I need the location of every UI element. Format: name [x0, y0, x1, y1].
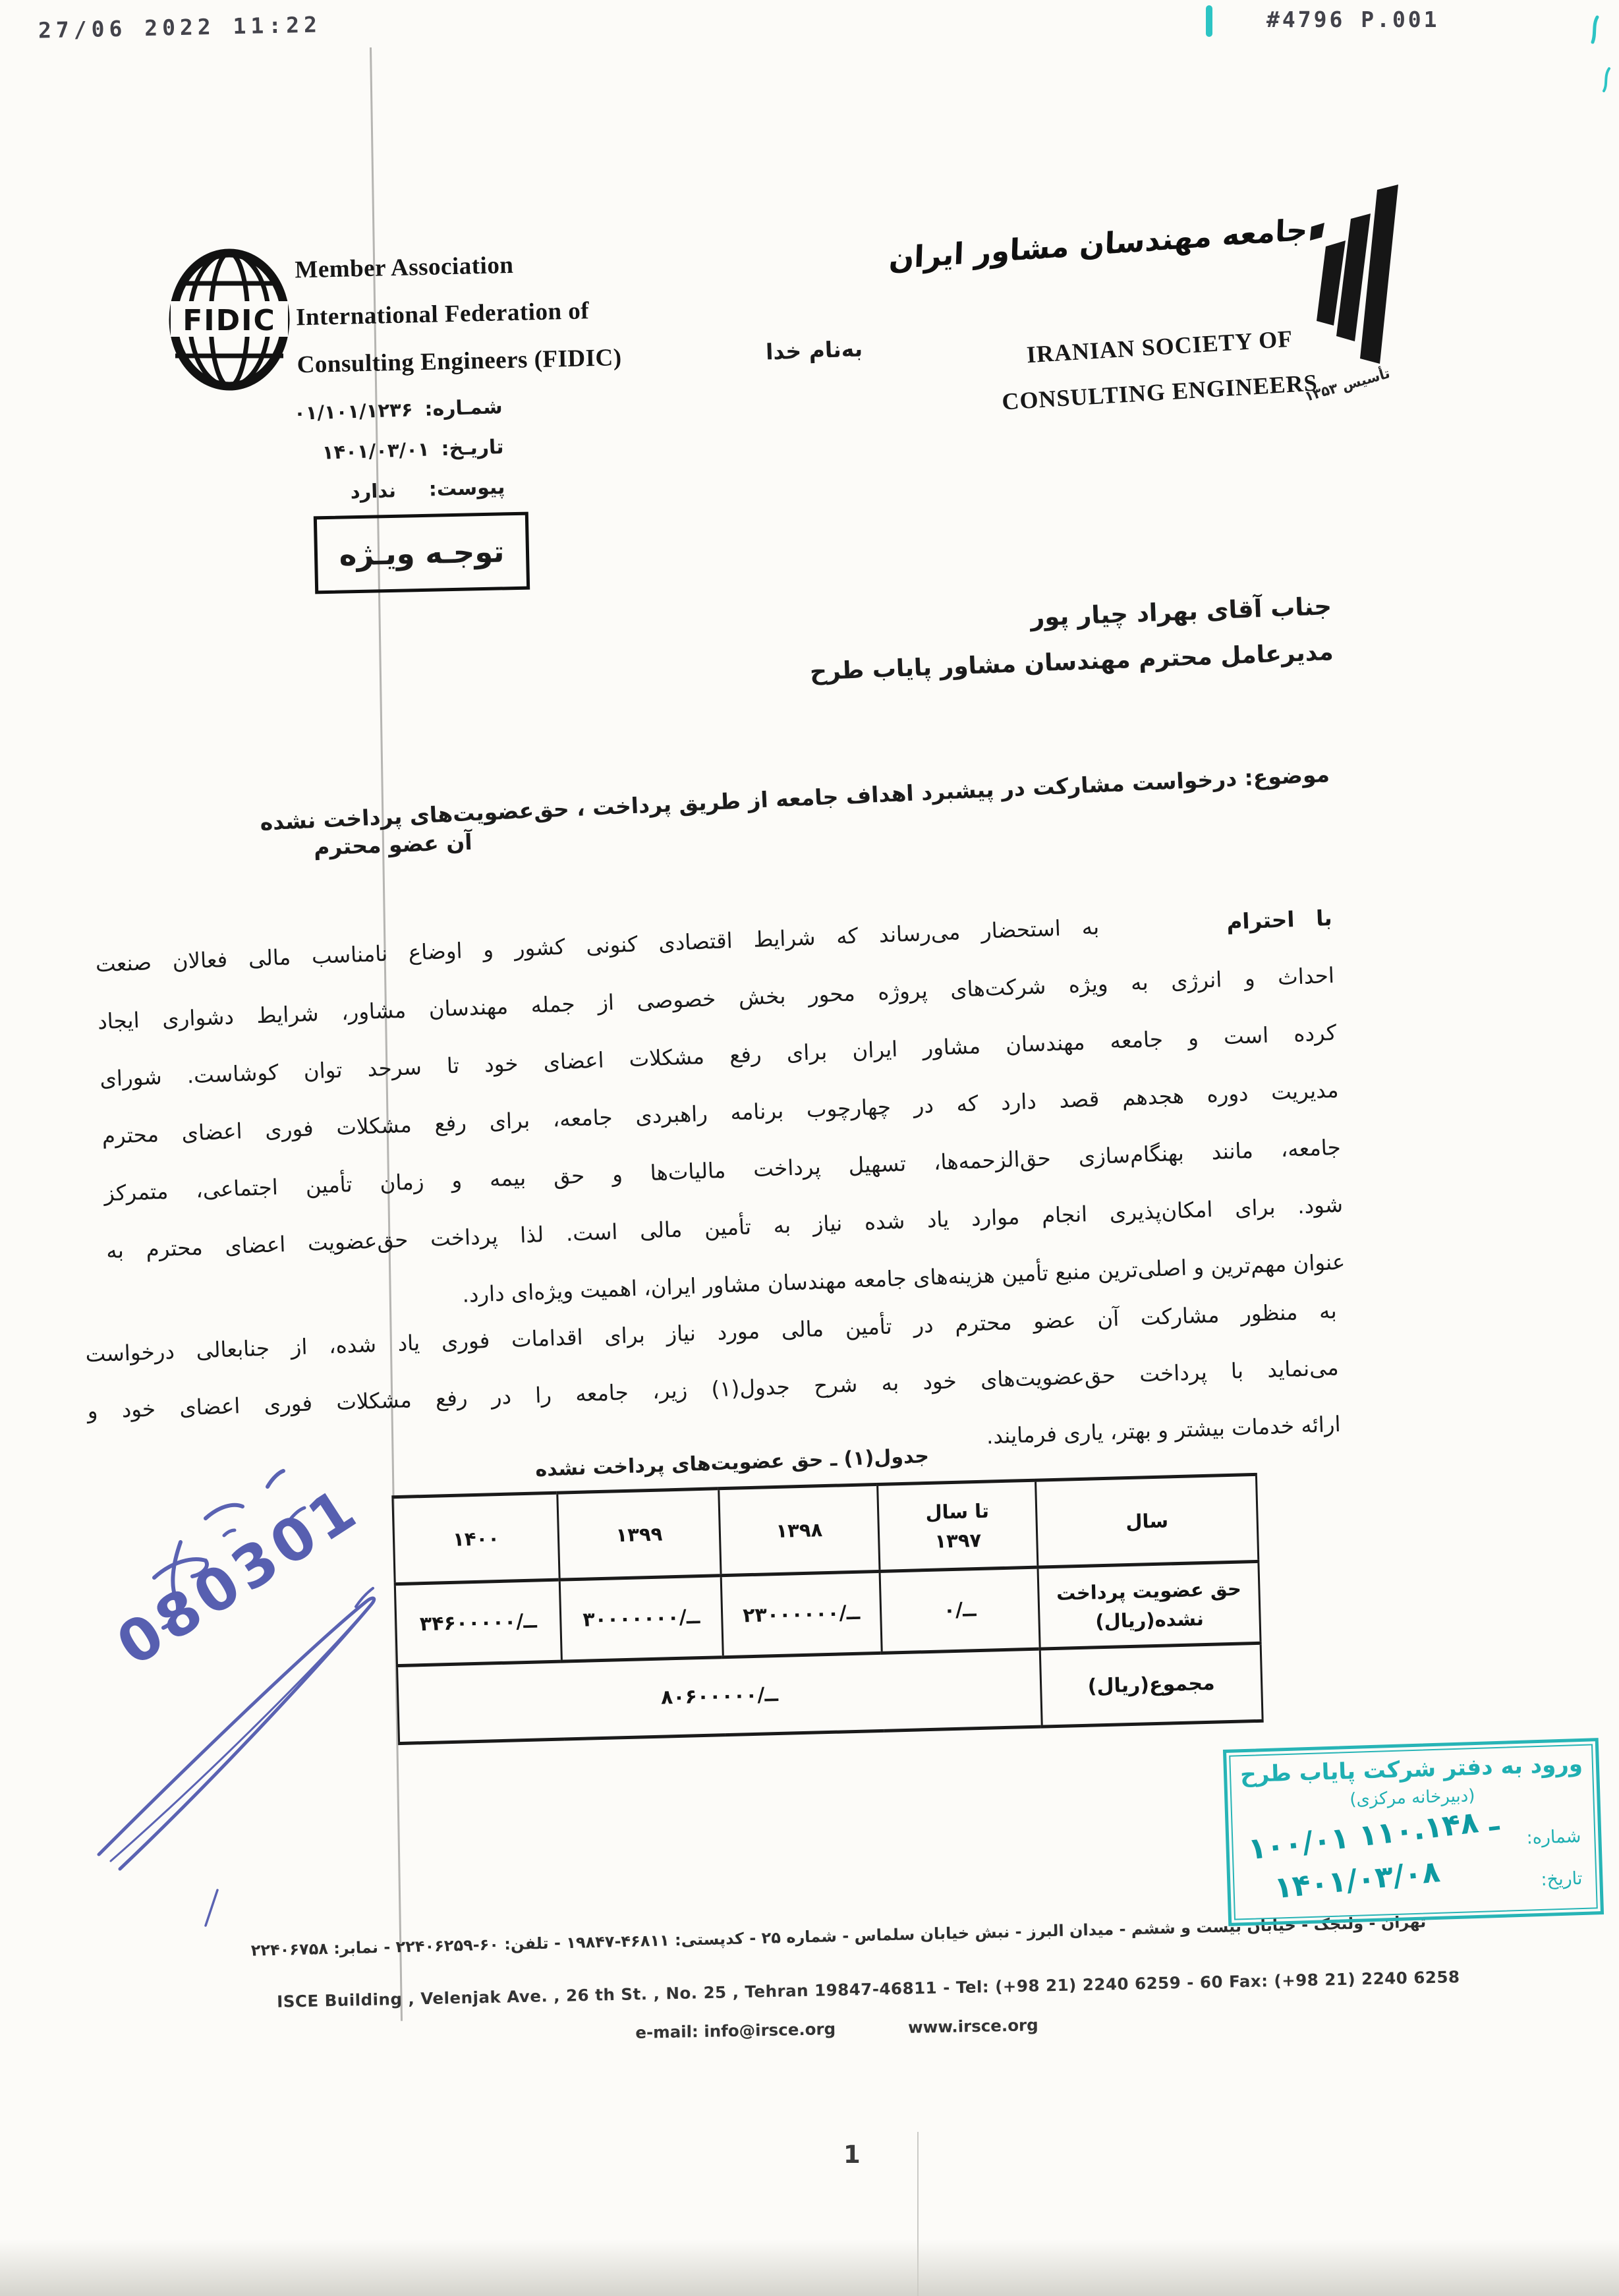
total-value: ۸۰۶۰۰۰۰۰/ــ	[397, 1649, 1042, 1744]
footer-contact-row: e-mail: info@irsce.org www.irsce.org	[501, 2013, 1173, 2045]
header-1399: ۱۳۹۹	[557, 1489, 721, 1580]
recipient-title: مدیرعامل محترم مهندسان مشاور پایاب طرح	[809, 639, 1334, 685]
header-1398: ۱۳۹۸	[719, 1484, 880, 1575]
date-value: ۱۴۰۱/۰۳/۰۱	[322, 438, 430, 464]
fidic-acronym: FIDIC	[183, 304, 276, 337]
date-label: تاریـخ:	[441, 436, 504, 461]
special-attention-stamp: توجـه ویـژه	[314, 512, 530, 594]
number-value: ۰۱/۱۰۱/۱۲۳۶	[294, 398, 413, 424]
attachment-value: ندارد	[350, 479, 396, 503]
fee-until-1397: ۰/ــ	[880, 1567, 1040, 1653]
entry-number-label: شماره:	[1526, 1826, 1581, 1849]
page-number: 1	[843, 2140, 861, 2169]
letter-meta-block: شمـاره: ۰۱/۱۰۱/۱۲۳۶ تاریـخ: ۱۴۰۱/۰۳/۰۱ پ…	[283, 395, 506, 523]
isce-name-en-line1: IRANIAN SOCIETY OF	[1017, 324, 1302, 369]
fidic-line-1: Member Association	[295, 239, 664, 295]
number-label: شمـاره:	[424, 395, 503, 421]
fidic-line-3: Consulting Engineers (FIDIC)	[297, 333, 666, 389]
subject-line-2: آن عضو محترم	[313, 829, 472, 860]
scan-edge-shadow	[0, 2239, 1619, 2296]
salutation-gap	[1120, 930, 1206, 933]
company-entry-stamp: ورود به دفتر شرکت پایاب طرح (دبیرخانه مر…	[1223, 1738, 1604, 1926]
fidic-globe-logo-icon: FIDIC	[169, 248, 290, 391]
row-label-line2: نشده(ریال)	[1040, 1602, 1259, 1637]
header-until-line1: تا سال	[879, 1495, 1036, 1528]
letter-number-row: شمـاره: ۰۱/۱۰۱/۱۲۳۶	[283, 395, 503, 442]
fidic-line-2: International Federation of	[295, 286, 665, 342]
total-label: مجموع(ریال)	[1040, 1643, 1263, 1727]
header-year: سال	[1035, 1474, 1258, 1567]
footer-website: www.irsce.org	[908, 2015, 1038, 2037]
scanned-letter-page: 27/06 2022 11:22 #4796 P.001 FIDIC Membe…	[0, 0, 1619, 2296]
footer-address-en: ISCE Building , Velenjak Ave. , 26 th St…	[277, 1968, 1397, 2011]
fee-1399: ۳۰۰۰۰۰۰۰/ــ	[559, 1576, 723, 1661]
isce-name-en-line2: CONSULTING ENGINEERS	[991, 368, 1328, 416]
salutation: با احترام	[1226, 905, 1333, 934]
unpaid-fees-table: سال تا سال ۱۳۹۷ ۱۳۹۸ ۱۳۹۹ ۱۴۰۰ حق عضویت …	[391, 1473, 1263, 1745]
fax-timestamp: 27/06 2022 11:22	[38, 12, 322, 43]
isce-logo-mark-icon	[1310, 177, 1409, 374]
subject-line-1: موضوع: درخواست مشارکت در پیشبرد اهداف جا…	[260, 761, 1330, 836]
fee-1398: ۲۳۰۰۰۰۰۰/ــ	[721, 1571, 882, 1657]
row-label-unpaid-fee: حق عضویت پرداخت نشده(ریال)	[1038, 1561, 1261, 1649]
recipient-name: جناب آقای بهراد چیار پور	[807, 592, 1332, 640]
recipient-block: جناب آقای بهراد چیار پور مدیرعامل محترم …	[807, 592, 1334, 685]
header-until-1397: تا سال ۱۳۹۷	[878, 1480, 1038, 1571]
teal-edge-marks	[1589, 13, 1616, 99]
row-label-line1: حق عضویت پرداخت	[1039, 1573, 1259, 1608]
header-until-line2: ۱۳۹۷	[880, 1524, 1037, 1557]
highlighter-tick-mark	[1206, 5, 1212, 37]
entry-date-label: تاریخ:	[1541, 1868, 1583, 1890]
attachment-label: پیوست:	[428, 476, 505, 502]
fax-page-id: #4796 P.001	[1266, 7, 1440, 32]
bismillah-text: به‌نام خدا	[765, 335, 863, 364]
special-attention-text: توجـه ویـژه	[339, 534, 505, 572]
isce-calligraphy-title: جامعه مهندسان مشاور ایران	[998, 212, 1309, 268]
fidic-member-association-text: Member Association International Federat…	[295, 239, 667, 389]
body-paragraph-1: با احترام به استحضار می‌رساند که شرایط ا…	[94, 890, 1346, 1337]
footer-email: e-mail: info@irsce.org	[635, 2019, 836, 2042]
letter-date-row: تاریـخ: ۱۴۰۱/۰۳/۰۱	[285, 436, 505, 482]
